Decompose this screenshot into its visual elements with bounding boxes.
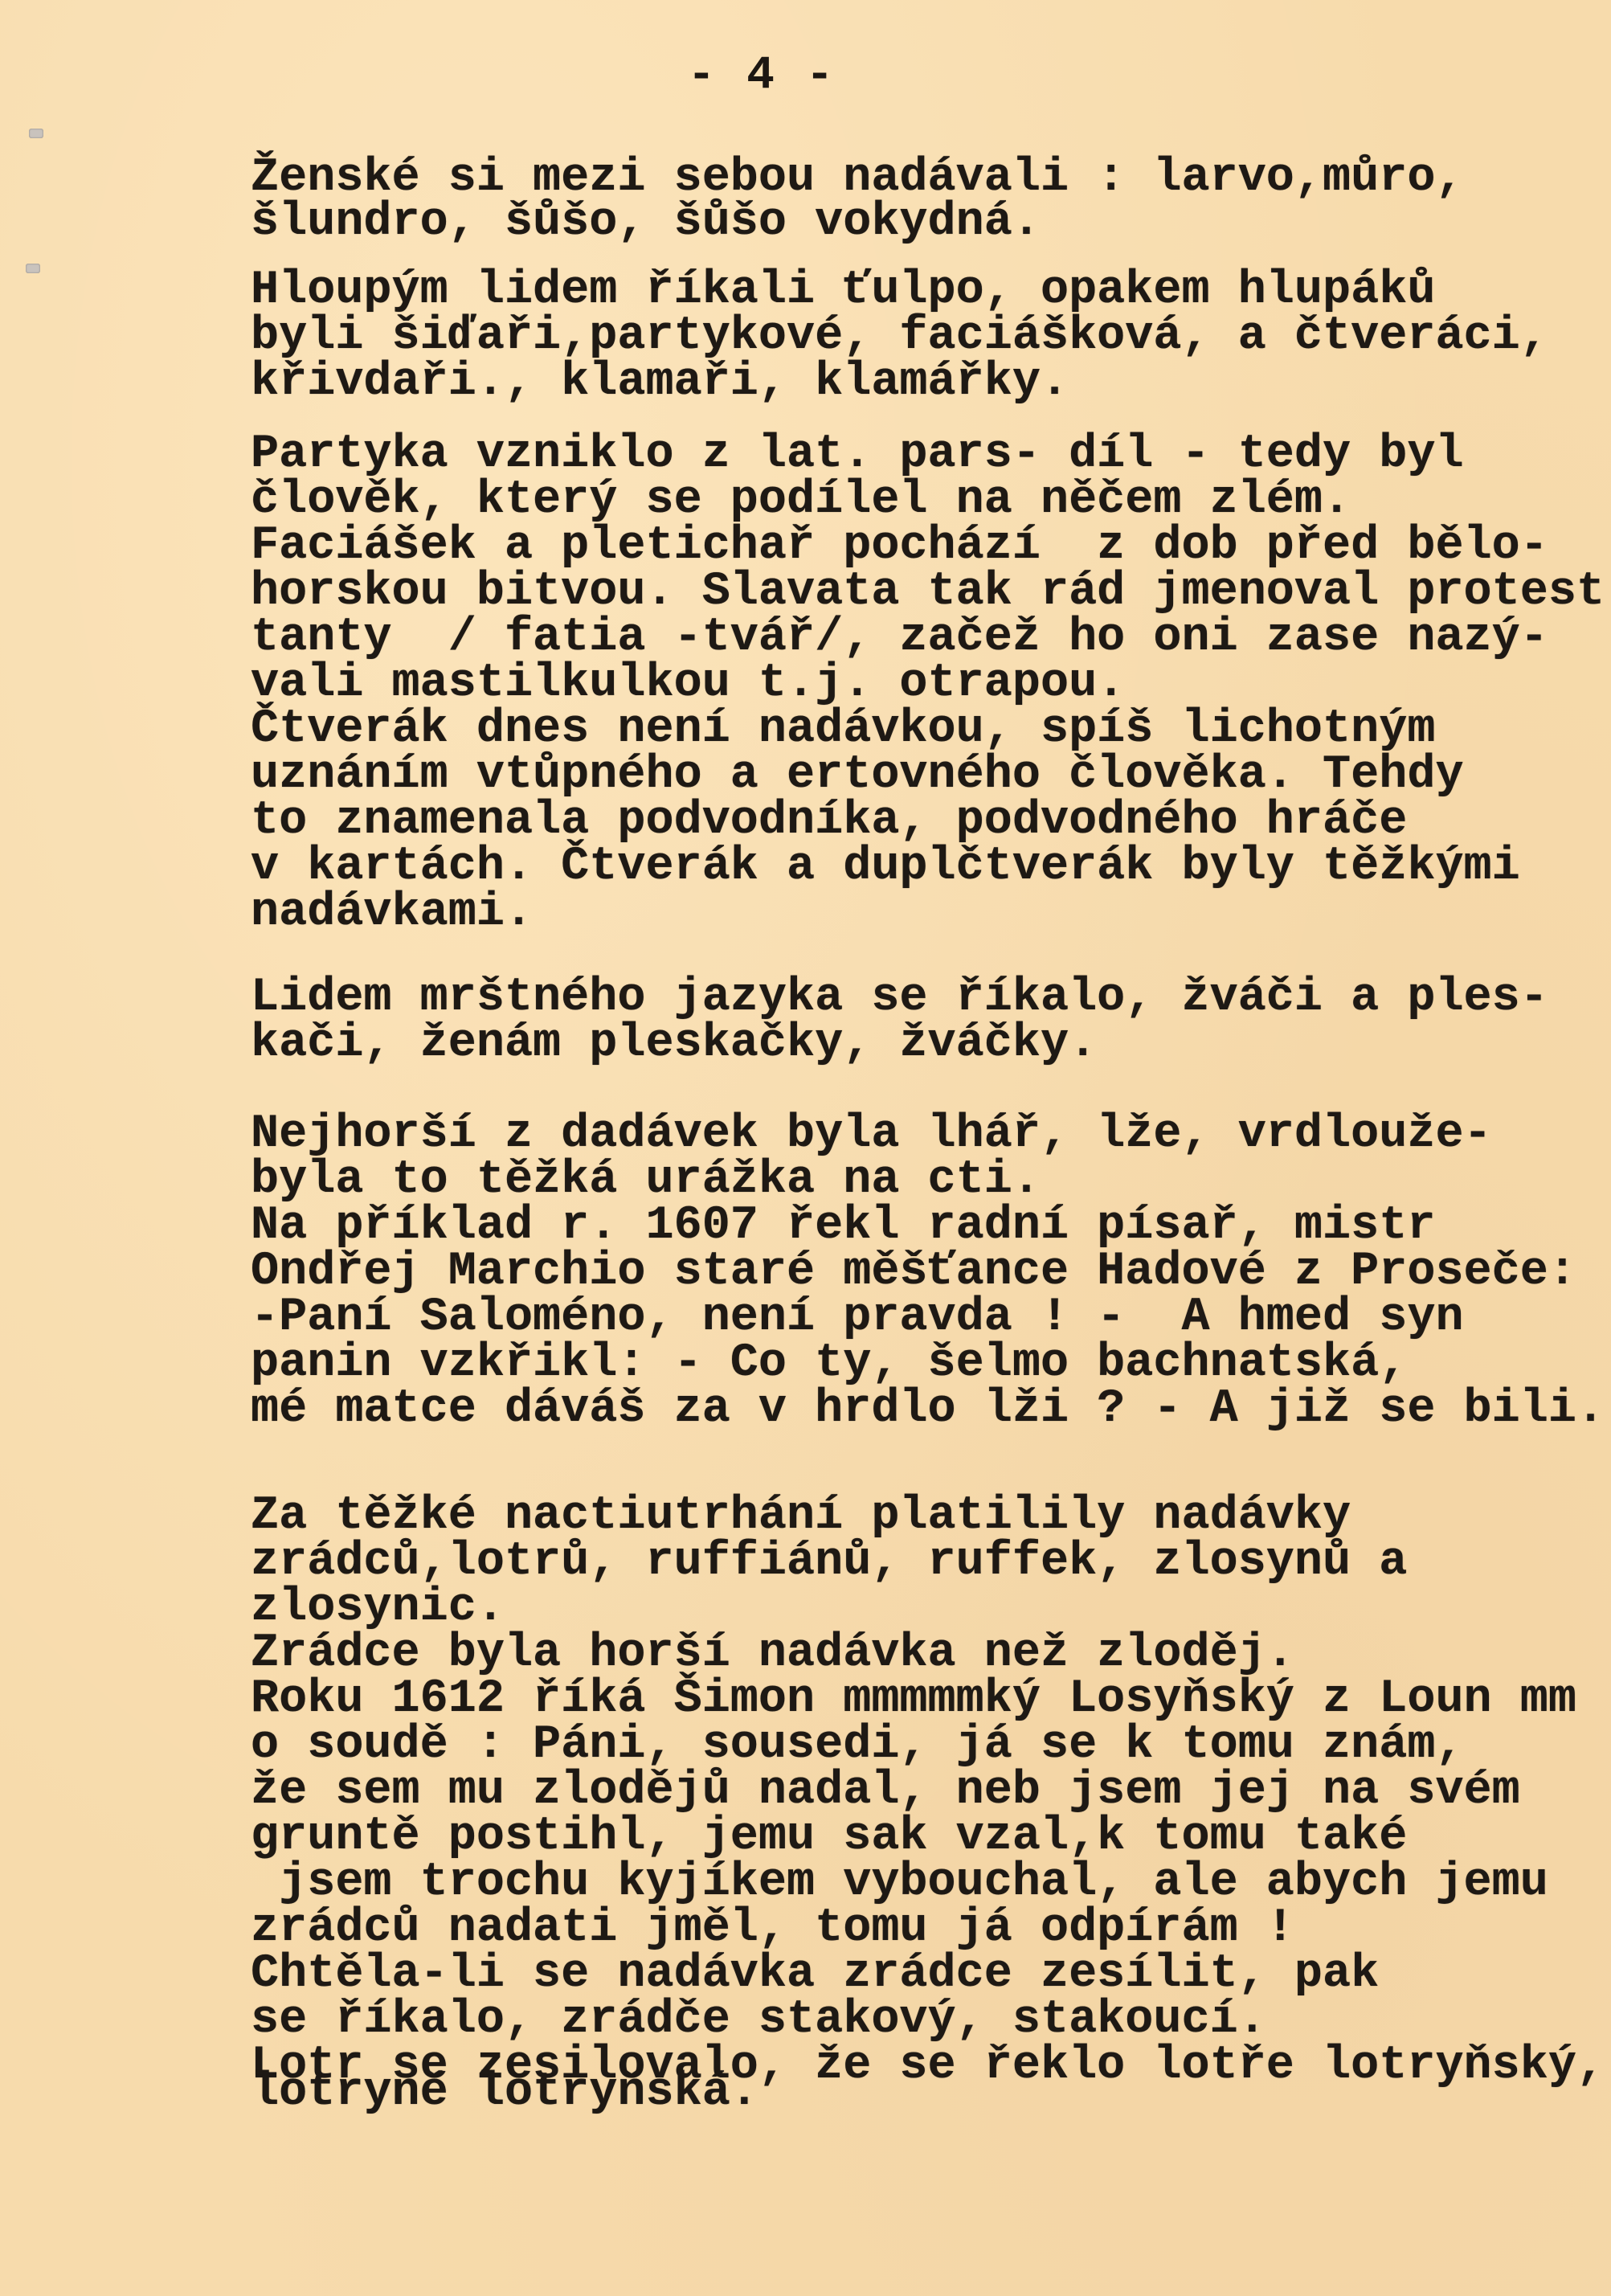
text-line: Ondřej Marchio staré měšťance Hadové z P… <box>251 1249 1576 1294</box>
text-line: Nejhorší z dadávek byla lhář, lže, vrdlo… <box>251 1111 1492 1156</box>
punch-hole-mark <box>29 129 43 138</box>
text-line: uznáním vtůpného a ertovného člověka. Te… <box>251 752 1464 797</box>
text-line: že sem mu zlodějů nadal, neb jsem jej na… <box>251 1768 1520 1813</box>
text-line: se říkalo, zrádče stakový, stakoucí. <box>251 1997 1266 2042</box>
text-line: vali mastilkulkou t.j. otrapou. <box>251 661 1125 706</box>
text-line: Na příklad r. 1607 řekl radní písař, mis… <box>251 1203 1435 1248</box>
text-line: gruntě postihl, jemu sak vzal,k tomu tak… <box>251 1814 1407 1859</box>
punch-hole-mark <box>26 264 40 273</box>
text-line: horskou bitvou. Slavata tak rád jmenoval… <box>251 569 1605 614</box>
text-line: Partyka vzniklo z lat. pars- díl - tedy … <box>251 432 1464 477</box>
text-line: Lidem mrštného jazyka se říkalo, žváči a… <box>251 975 1548 1020</box>
text-line: jsem trochu kyjíkem vybouchal, ale abych… <box>251 1860 1548 1905</box>
text-line: šlundro, šůšo, šůšo vokydná. <box>251 199 1041 244</box>
text-line: Chtěla-li se nadávka zrádce zesílit, pak <box>251 1951 1379 1996</box>
text-line: kači, ženám pleskačky, žváčky. <box>251 1021 1097 1066</box>
page-number: - 4 - <box>0 50 1611 102</box>
text-line: křivdaři., klamaři, klamářky. <box>251 359 1069 404</box>
text-line: Ženské si mezi sebou nadávali : larvo,mů… <box>251 155 1464 200</box>
text-line: tanty / fatia -tvář/, začež ho oni zase … <box>251 615 1548 660</box>
text-line: Čtverák dnes není nadávkou, spíš lichotn… <box>251 706 1435 751</box>
text-line: Zrádce byla horší nadávka než zloděj. <box>251 1631 1294 1676</box>
text-line: člověk, který se podílel na něčem zlém. <box>251 477 1351 522</box>
text-line: v kartách. Čtverák a duplčtverák byly tě… <box>251 844 1520 889</box>
text-line: zrádců nadati jměl, tomu já odpírám ! <box>251 1905 1294 1950</box>
text-line: byli šiďaři,partykové, faciášková, a čtv… <box>251 313 1548 358</box>
text-line: o soudě : Páni, sousedi, já se k tomu zn… <box>251 1722 1464 1767</box>
text-line: Hloupým lidem říkali ťulpo, opakem hlupá… <box>251 268 1435 313</box>
text-line: Faciášek a pletichař pochází z dob před … <box>251 523 1548 568</box>
text-line: panin vzkřikl: - Co ty, šelmo bachnatská… <box>251 1340 1407 1385</box>
text-line: nadávkami. <box>251 890 533 935</box>
text-line: zrádců,lotrů, ruffiánů, ruffek, zlosynů … <box>251 1539 1407 1584</box>
text-line: to znamenala podvodníka, podvodného hráč… <box>251 798 1407 843</box>
text-line: mé matce dáváš za v hrdlo lži ? - A již … <box>251 1386 1605 1431</box>
text-line: -Paní Saloméno, není pravda ! - A hmed s… <box>251 1295 1464 1340</box>
text-line: Za těžké nactiutrhání platilily nadávky <box>251 1493 1351 1538</box>
text-line: lotryně lotryňská. <box>251 2069 758 2114</box>
text-line: zlosynic. <box>251 1585 505 1630</box>
text-line: Roku 1612 říká Šimon mmmmmký Losyňský z … <box>251 1676 1576 1721</box>
text-line: byla to těžká urážka na cti. <box>251 1157 1041 1202</box>
